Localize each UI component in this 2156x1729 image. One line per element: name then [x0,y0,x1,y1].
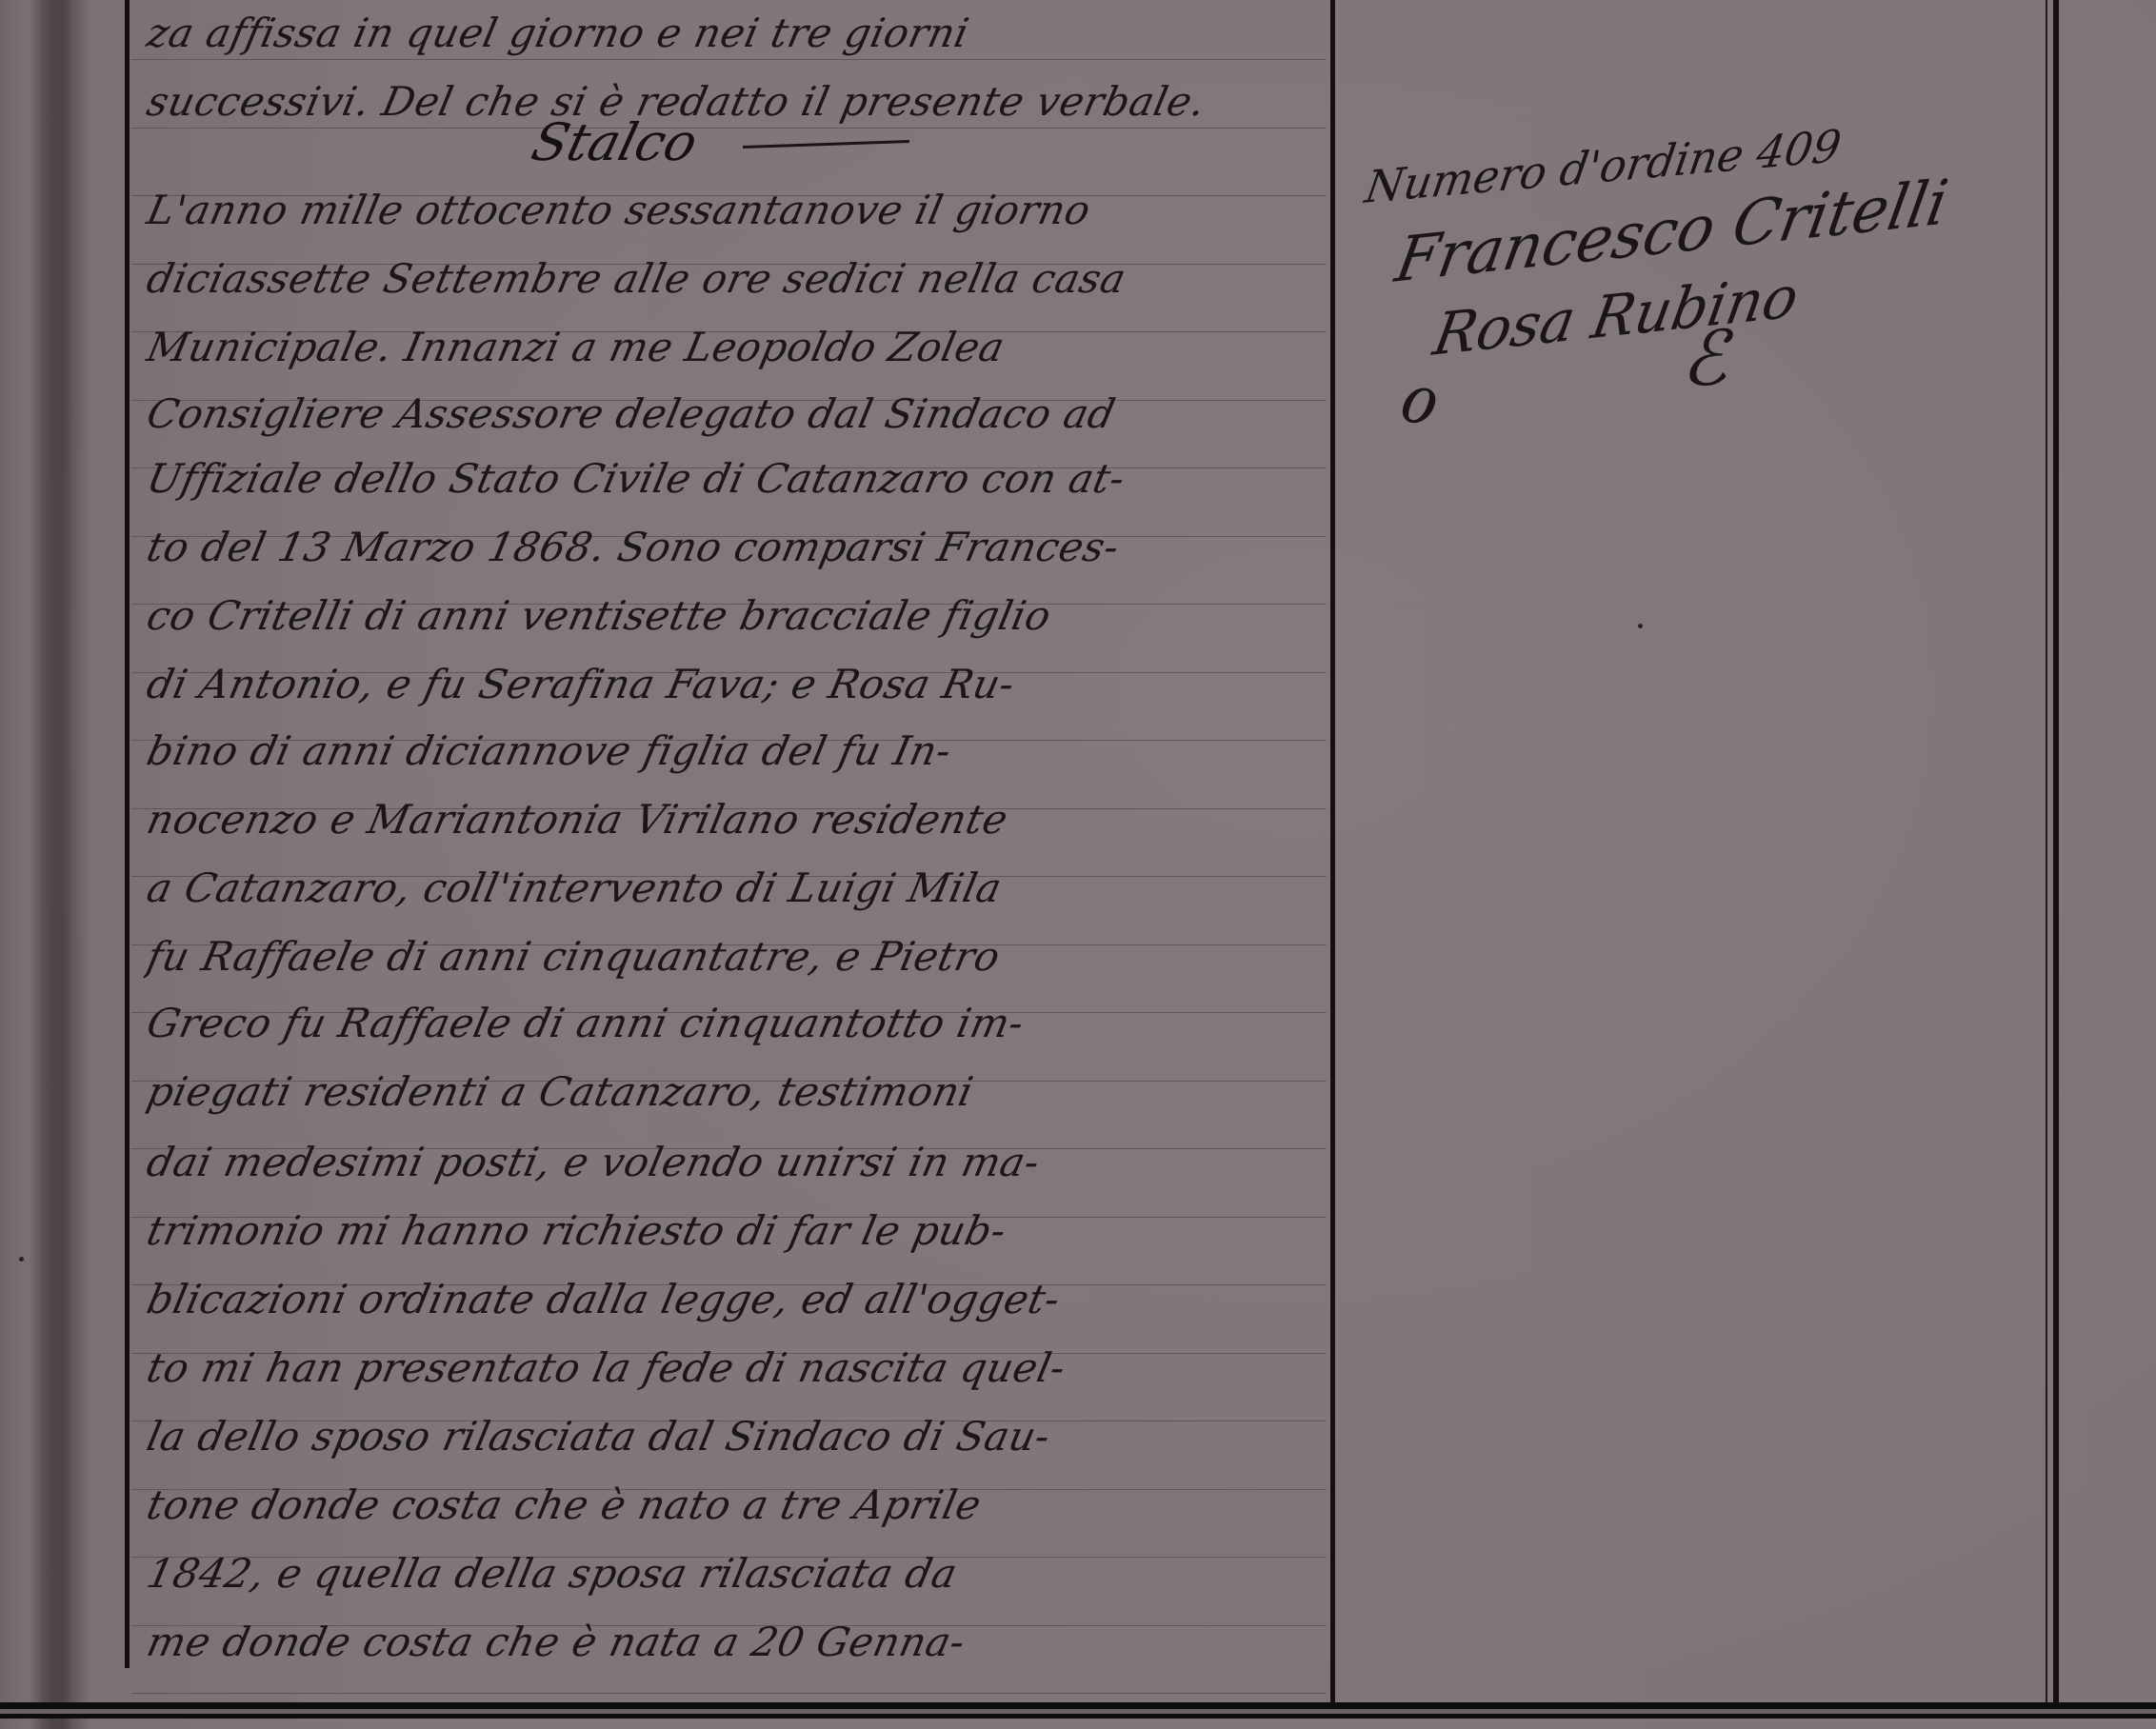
text-line: di Antonio, e fu Serafina Fava; e Rosa R… [143,661,1333,707]
text-line: diciassette Settembre alle ore sedici ne… [143,255,1333,302]
text-line: to mi han presentato la fede di nascita … [143,1344,1333,1391]
text-line: dai medesimi posti, e volendo unirsi in … [143,1139,1333,1185]
bottom-border-bottom [0,1714,2156,1719]
bottom-border-top [0,1702,2156,1709]
section-heading: Stalco [526,112,704,172]
text-line: blicazioni ordinate dalla legge, ed all'… [143,1276,1333,1322]
text-line: me donde costa che è nata a 20 Genna- [143,1619,1333,1665]
text-line: Greco fu Raffaele di anni cinquantotto i… [143,1000,1333,1046]
text-line: Consigliere Assessore delegato dal Sinda… [143,390,1333,437]
left-column-border [125,0,130,1668]
ruled-line [131,59,1327,60]
flourish-mark: ℰ [1681,314,1727,403]
text-line: 1842, e quella della sposa rilasciata da [143,1550,1333,1597]
text-line: tone donde costa che è nato a tre Aprile [143,1481,1333,1528]
text-line: piegati residenti a Catanzaro, testimoni [143,1068,1333,1115]
text-line: nocenzo e Mariantonia Virilano residente [143,796,1333,843]
page-gutter-shadow [38,0,72,1729]
right-border-thick [2053,0,2059,1704]
ruled-line [131,1693,1327,1694]
text-line: Municipale. Innanzi a me Leopoldo Zolea [143,324,1333,370]
text-line: to del 13 Marzo 1868. Sono comparsi Fran… [143,524,1333,570]
text-line: Uffiziale dello Stato Civile di Catanzar… [143,455,1333,502]
paper-speck [19,1257,24,1262]
text-line: successivi. Del che si è redatto il pres… [143,78,1333,125]
ruled-line [131,128,1327,129]
text-line: trimonio mi hanno richiesto di far le pu… [143,1207,1333,1254]
text-line: L'anno mille ottocento sessantanove il g… [143,187,1333,233]
text-line: za affissa in quel giorno e nei tre gior… [143,10,1333,56]
text-line: co Critelli di anni ventisette bracciale… [143,592,1333,639]
text-line: la dello sposo rilasciata dal Sindaco di… [143,1413,1333,1460]
right-border-thin [2046,0,2047,1704]
text-line: a Catanzaro, coll'intervento di Luigi Mi… [143,864,1333,911]
text-line: bino di anni diciannove figlia del fu In… [143,727,1333,774]
paper-speck [1638,624,1643,628]
text-line: fu Raffaele di anni cinquantatre, e Piet… [143,933,1333,980]
flourish-mark: ℴ [1395,343,1435,443]
